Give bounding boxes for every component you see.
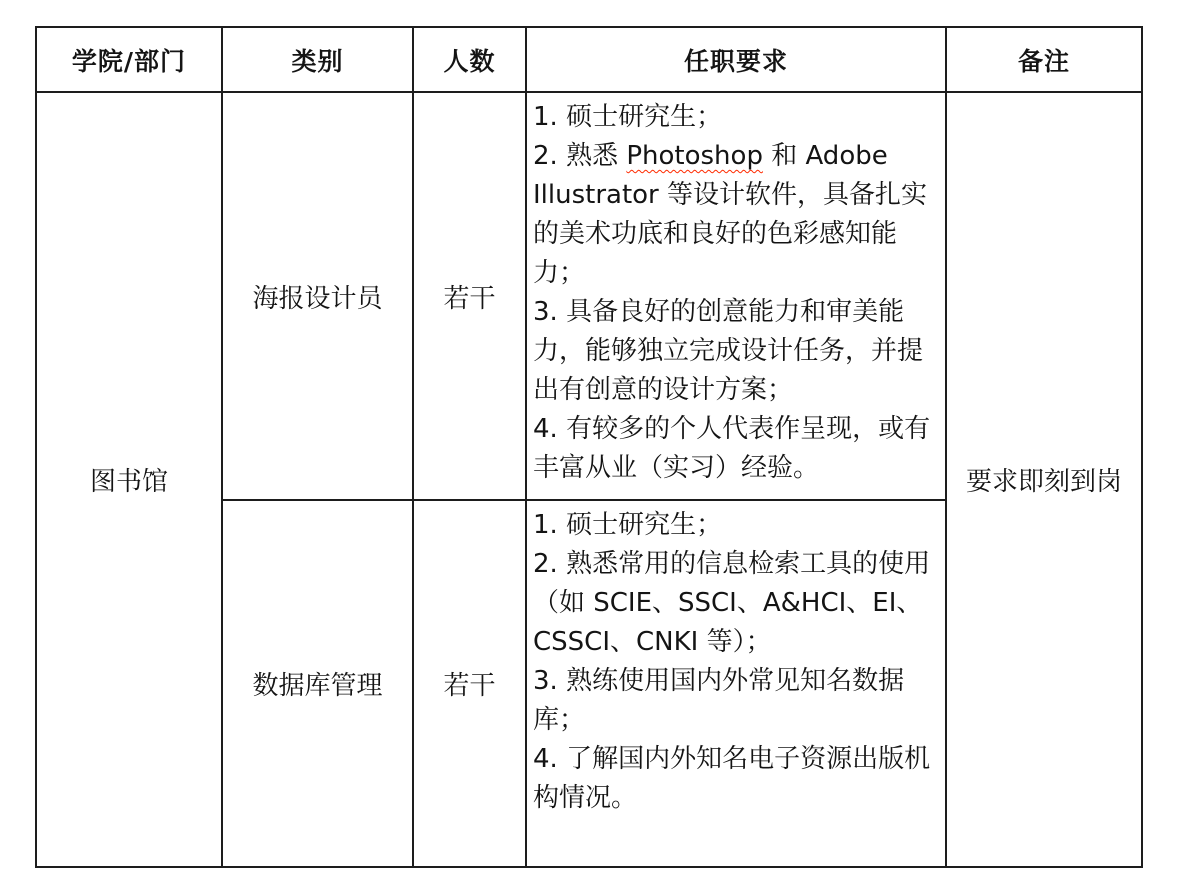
header-cell-headcount: 人数: [414, 28, 527, 93]
department-cell: 图书馆: [37, 93, 223, 868]
header-cell-requirements: 任职要求: [527, 28, 947, 93]
requirements-cell: 1. 硕士研究生； 2. 熟悉常用的信息检索工具的使用（如 SCIE、SSCI、…: [527, 501, 947, 868]
category-label: 数据库管理: [252, 665, 382, 702]
headcount-cell: 若干: [414, 93, 527, 501]
requirement-item: 1. 硕士研究生；: [533, 98, 941, 137]
recruitment-table: 学院/部门 类别 人数 任职要求 备注 图书馆 海报设计员 若干 1. 硕士研究…: [35, 26, 1143, 868]
category-cell: 数据库管理: [223, 501, 414, 868]
headcount-label: 若干: [443, 665, 495, 702]
header-cell-department: 学院/部门: [37, 28, 223, 93]
department-label: 图书馆: [90, 461, 168, 498]
header-label: 类别: [291, 42, 343, 78]
header-label: 学院/部门: [72, 42, 186, 78]
misspelling-underline: Photoshop: [626, 141, 763, 171]
header-cell-category: 类别: [223, 28, 414, 93]
notes-label: 要求即刻到岗: [966, 461, 1122, 498]
notes-cell: 要求即刻到岗: [947, 93, 1143, 868]
headcount-cell: 若干: [414, 501, 527, 868]
header-label: 任职要求: [684, 42, 788, 78]
requirements-cell: 1. 硕士研究生； 2. 熟悉 Photoshop 和 Adobe Illust…: [527, 93, 947, 501]
header-label: 备注: [1018, 42, 1070, 78]
requirement-item: 4. 了解国内外知名电子资源出版机构情况。: [533, 740, 941, 818]
headcount-label: 若干: [443, 278, 495, 315]
requirement-text-before: 2. 熟悉: [533, 141, 626, 171]
requirement-item: 2. 熟悉常用的信息检索工具的使用（如 SCIE、SSCI、A&HCI、EI、C…: [533, 545, 941, 662]
header-cell-notes: 备注: [947, 28, 1143, 93]
requirement-item: 4. 有较多的个人代表作呈现，或有丰富从业（实习）经验。: [533, 410, 941, 488]
category-cell: 海报设计员: [223, 93, 414, 501]
document-page: 学院/部门 类别 人数 任职要求 备注 图书馆 海报设计员 若干 1. 硕士研究…: [0, 0, 1178, 896]
requirement-item: 2. 熟悉 Photoshop 和 Adobe Illustrator 等设计软…: [533, 137, 941, 293]
requirement-item: 1. 硕士研究生；: [533, 506, 941, 545]
category-label: 海报设计员: [252, 278, 382, 315]
requirement-item: 3. 熟练使用国内外常见知名数据库；: [533, 662, 941, 740]
header-label: 人数: [443, 42, 495, 78]
requirement-item: 3. 具备良好的创意能力和审美能力，能够独立完成设计任务，并提出有创意的设计方案…: [533, 293, 941, 410]
